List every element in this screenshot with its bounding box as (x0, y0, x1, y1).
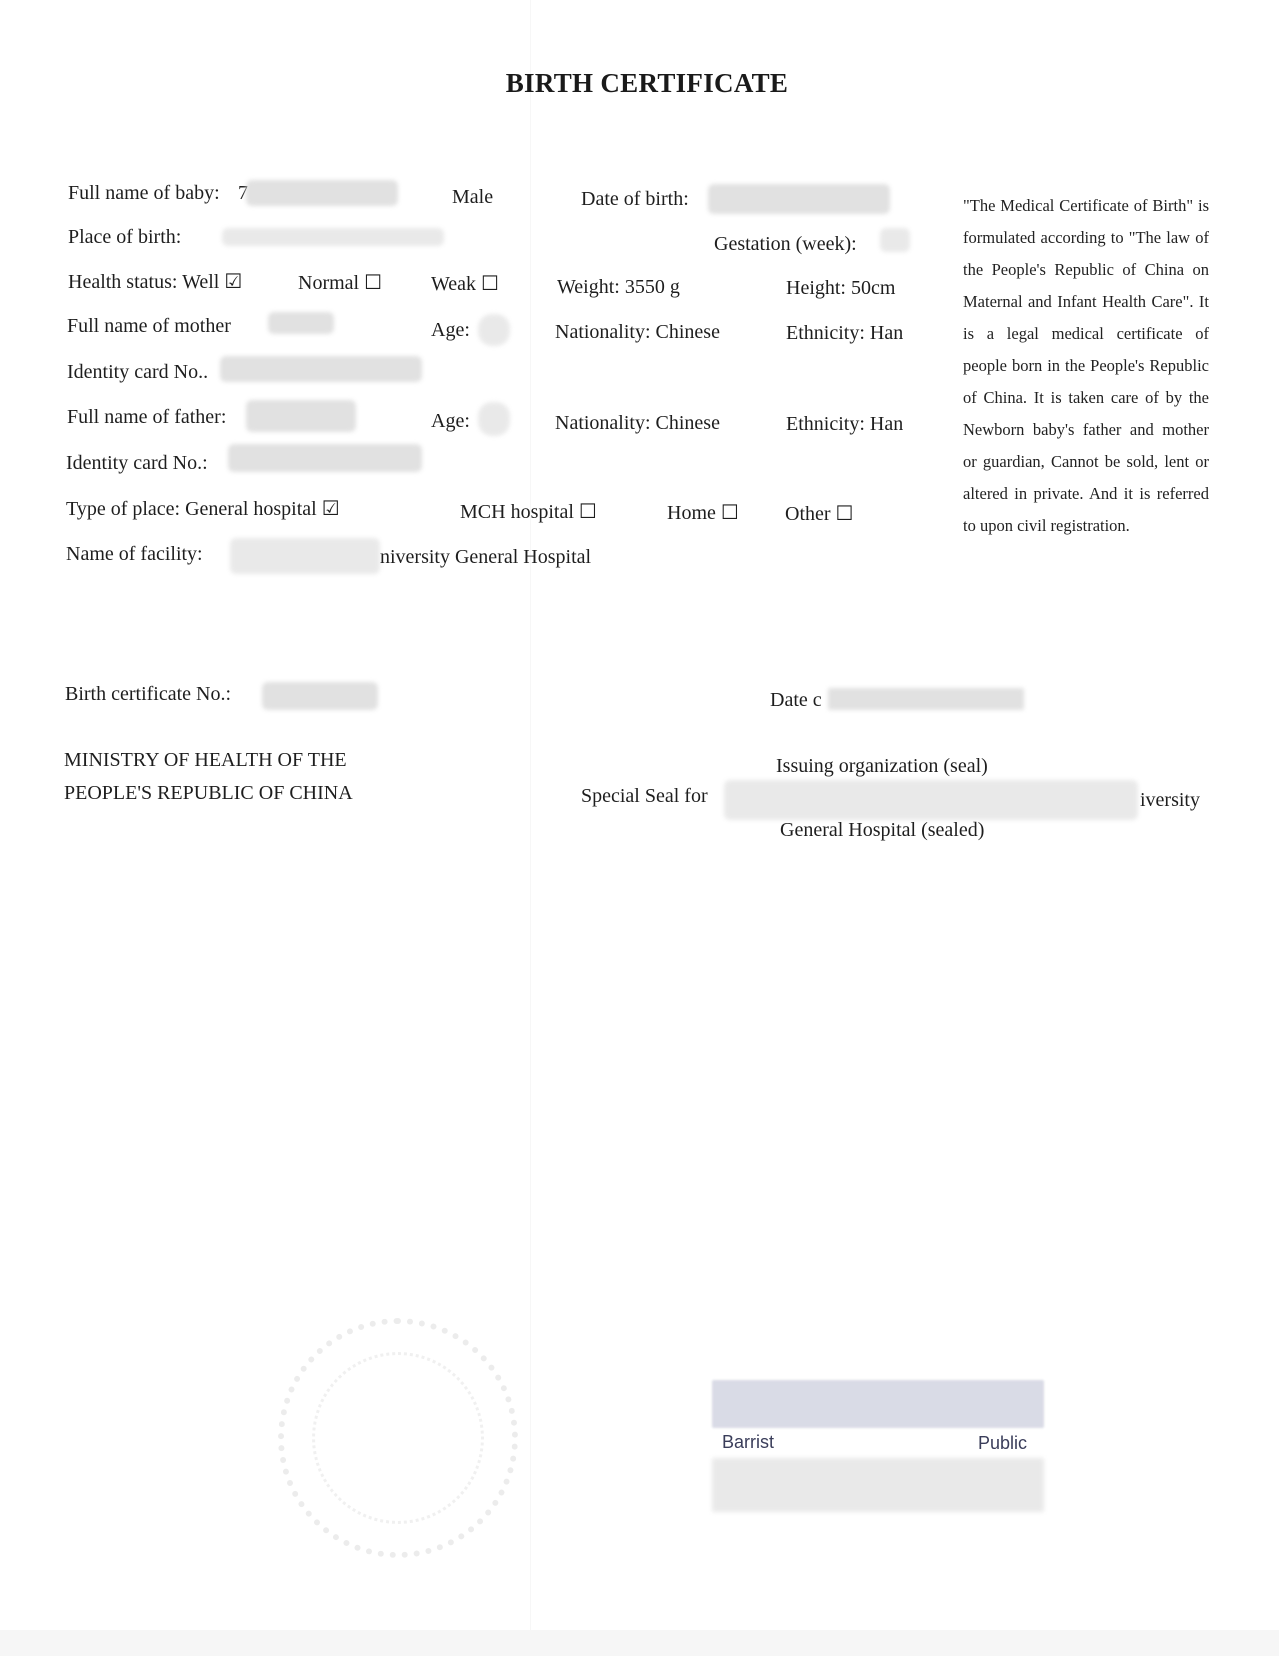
stamp-text-right: Public (978, 1431, 1027, 1455)
height: Height: 50cm (786, 276, 895, 300)
health-option-well[interactable]: Well ☑ (182, 271, 242, 293)
mother-id-label: Identity card No.. (67, 360, 208, 384)
special-seal-label: Special Seal for (581, 784, 708, 808)
mother-name-label: Full name of mother (67, 314, 231, 338)
place-type-label: Type of place: (66, 498, 180, 520)
checkbox-empty-icon[interactable]: ☐ (481, 273, 499, 295)
redacted-seal-name (724, 780, 1138, 820)
place-of-birth-label: Place of birth: (68, 225, 181, 249)
father-ethnicity: Ethnicity: Han (786, 412, 903, 436)
gestation-label: Gestation (week): (714, 232, 857, 256)
document-title: BIRTH CERTIFICATE (0, 68, 1279, 99)
weight: Weight: 3550 g (557, 275, 680, 299)
redacted-father-id (228, 444, 422, 472)
page-edge (0, 1630, 1279, 1656)
checkbox-checked-icon[interactable]: ☑ (224, 271, 242, 293)
health-option-normal[interactable]: Normal ☐ (298, 271, 382, 295)
ministry-line-1: MINISTRY OF HEALTH OF THE (64, 748, 347, 772)
redacted-mother-age (478, 314, 510, 346)
place-type-home[interactable]: Home ☐ (667, 501, 739, 525)
redacted-stamp-top (712, 1380, 1044, 1428)
place-type-other[interactable]: Other ☐ (785, 502, 853, 526)
baby-name-label: Full name of baby: (68, 181, 220, 205)
legal-note: "The Medical Certificate of Birth" is fo… (963, 190, 1209, 542)
redacted-gestation (880, 228, 910, 252)
mother-nationality: Nationality: Chinese (555, 320, 720, 344)
redacted-dob (708, 184, 890, 214)
checkbox-empty-icon[interactable]: ☐ (721, 502, 739, 524)
embossed-seal-icon (278, 1318, 518, 1558)
scan-fold-line (530, 0, 531, 1656)
redacted-stamp-bottom (712, 1458, 1044, 1512)
issuing-organization: Issuing organization (seal) (776, 754, 988, 778)
health-status-label: Health status: (68, 271, 177, 293)
place-type-mch[interactable]: MCH hospital ☐ (460, 500, 597, 524)
special-seal-tail: iversity (1140, 788, 1200, 812)
checkbox-checked-icon[interactable]: ☑ (322, 498, 340, 520)
father-age-label: Age: (431, 409, 470, 433)
checkbox-empty-icon[interactable]: ☐ (836, 503, 854, 525)
redacted-place-of-birth (222, 228, 444, 246)
father-name-label: Full name of father: (67, 405, 226, 429)
stamp-text-left: Barrist (722, 1430, 774, 1454)
facility-value: niversity General Hospital (380, 545, 591, 569)
health-status: Health status: Well ☑ (68, 270, 242, 294)
cert-no-label: Birth certificate No.: (65, 682, 231, 706)
place-type-general[interactable]: Type of place: General hospital ☑ (66, 497, 340, 521)
facility-label: Name of facility: (66, 542, 203, 566)
father-nationality: Nationality: Chinese (555, 411, 720, 435)
mother-age-label: Age: (431, 318, 470, 342)
health-option-weak[interactable]: Weak ☐ (431, 272, 499, 296)
redacted-facility (230, 538, 380, 574)
redacted-father-age (478, 402, 510, 436)
redacted-mother-name (268, 312, 334, 334)
redacted-mother-id (220, 356, 422, 382)
baby-sex: Male (452, 185, 493, 209)
checkbox-empty-icon[interactable]: ☐ (364, 272, 382, 294)
redacted-father-name (246, 400, 356, 432)
dob-label: Date of birth: (581, 187, 689, 211)
ministry-line-2: PEOPLE'S REPUBLIC OF CHINA (64, 781, 353, 805)
issue-date-label: Date c (770, 688, 822, 712)
redacted-issue-date (828, 688, 1024, 710)
redacted-cert-no (262, 682, 378, 710)
redacted-baby-name (246, 180, 398, 206)
checkbox-empty-icon[interactable]: ☐ (579, 501, 597, 523)
father-id-label: Identity card No.: (66, 451, 208, 475)
sealed-hospital: General Hospital (sealed) (780, 818, 984, 842)
mother-ethnicity: Ethnicity: Han (786, 321, 903, 345)
